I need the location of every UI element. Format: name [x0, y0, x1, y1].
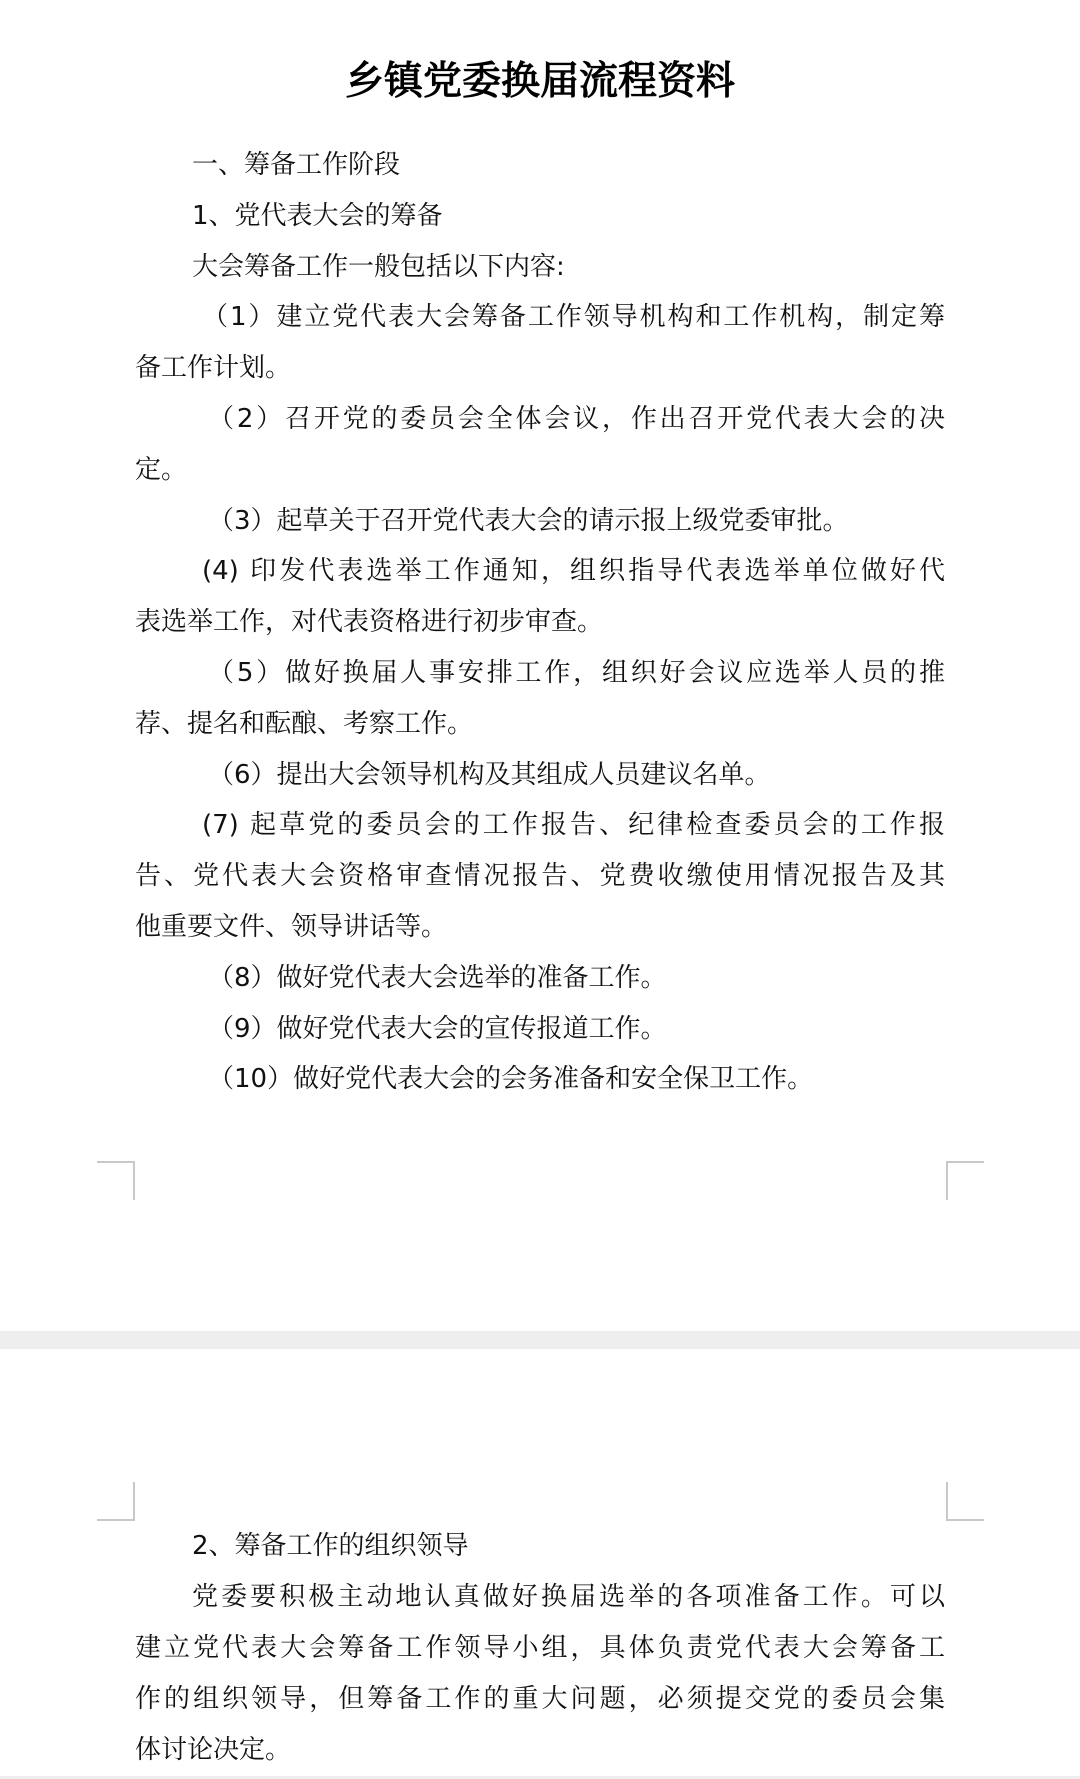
subsection-heading: 1、党代表大会的筹备	[192, 191, 443, 241]
document-page-1: 乡镇党委换届流程资料 一、筹备工作阶段 1、党代表大会的筹备 大会筹备工作一般包…	[0, 0, 1080, 1331]
crop-mark-bottom-right	[946, 1161, 984, 1200]
list-item-4-line-1: (4) 印发代表选举工作通知，组织指导代表选举单位做好代	[202, 546, 945, 596]
list-item-2-line-1: （2）召开党的委员会全体会议，作出召开党代表大会的决	[208, 394, 945, 444]
list-item-8: （8）做好党代表大会选举的准备工作。	[208, 953, 667, 1003]
list-item-1-line-1: （1）建立党代表大会筹备工作领导机构和工作机构，制定筹	[202, 292, 945, 342]
paragraph-line-2: 建立党代表大会筹备工作领导小组，具体负责党代表大会筹备工	[135, 1623, 945, 1673]
page-separator	[0, 1331, 1080, 1349]
list-item-3: （3）起草关于召开党代表大会的请示报上级党委审批。	[208, 496, 849, 546]
crop-mark-top-right	[946, 1482, 984, 1521]
list-item-9: （9）做好党代表大会的宣传报道工作。	[208, 1004, 667, 1054]
list-item-7-line-2: 告、党代表大会资格审查情况报告、党费收缴使用情况报告及其	[135, 851, 945, 901]
list-item-4-line-2: 表选举工作，对代表资格进行初步审查。	[135, 597, 603, 647]
paragraph-line: 大会筹备工作一般包括以下内容:	[192, 242, 565, 292]
subsection-heading: 2、筹备工作的组织领导	[192, 1521, 469, 1571]
list-item-10: （10）做好党代表大会的会务准备和安全保卫工作。	[208, 1054, 813, 1104]
paragraph-line-1: 党委要积极主动地认真做好换届选举的各项准备工作。可以	[192, 1572, 945, 1622]
list-item-5-line-1: （5）做好换届人事安排工作，组织好会议应选举人员的推	[208, 648, 945, 698]
document-page-2: 2、筹备工作的组织领导 党委要积极主动地认真做好换届选举的各项准备工作。可以 建…	[0, 1349, 1080, 1779]
list-item-5-line-2: 荐、提名和酝酿、考察工作。	[135, 699, 473, 749]
list-item-7-line-3: 他重要文件、领导讲话等。	[135, 902, 447, 952]
document-title: 乡镇党委换届流程资料	[0, 56, 1080, 108]
paragraph-line-3: 作的组织领导，但筹备工作的重大问题，必须提交党的委员会集	[135, 1674, 945, 1724]
section-heading: 一、筹备工作阶段	[192, 140, 400, 190]
list-item-2-line-2: 定。	[135, 445, 187, 495]
paragraph-line-4: 体讨论决定。	[135, 1725, 291, 1775]
crop-mark-top-left	[97, 1482, 135, 1521]
list-item-7-line-1: (7) 起草党的委员会的工作报告、纪律检查委员会的工作报	[202, 800, 945, 850]
list-item-6: （6）提出大会领导机构及其组成人员建议名单。	[208, 750, 771, 800]
crop-mark-bottom-left	[97, 1161, 135, 1200]
list-item-1-line-2: 备工作计划。	[135, 343, 291, 393]
